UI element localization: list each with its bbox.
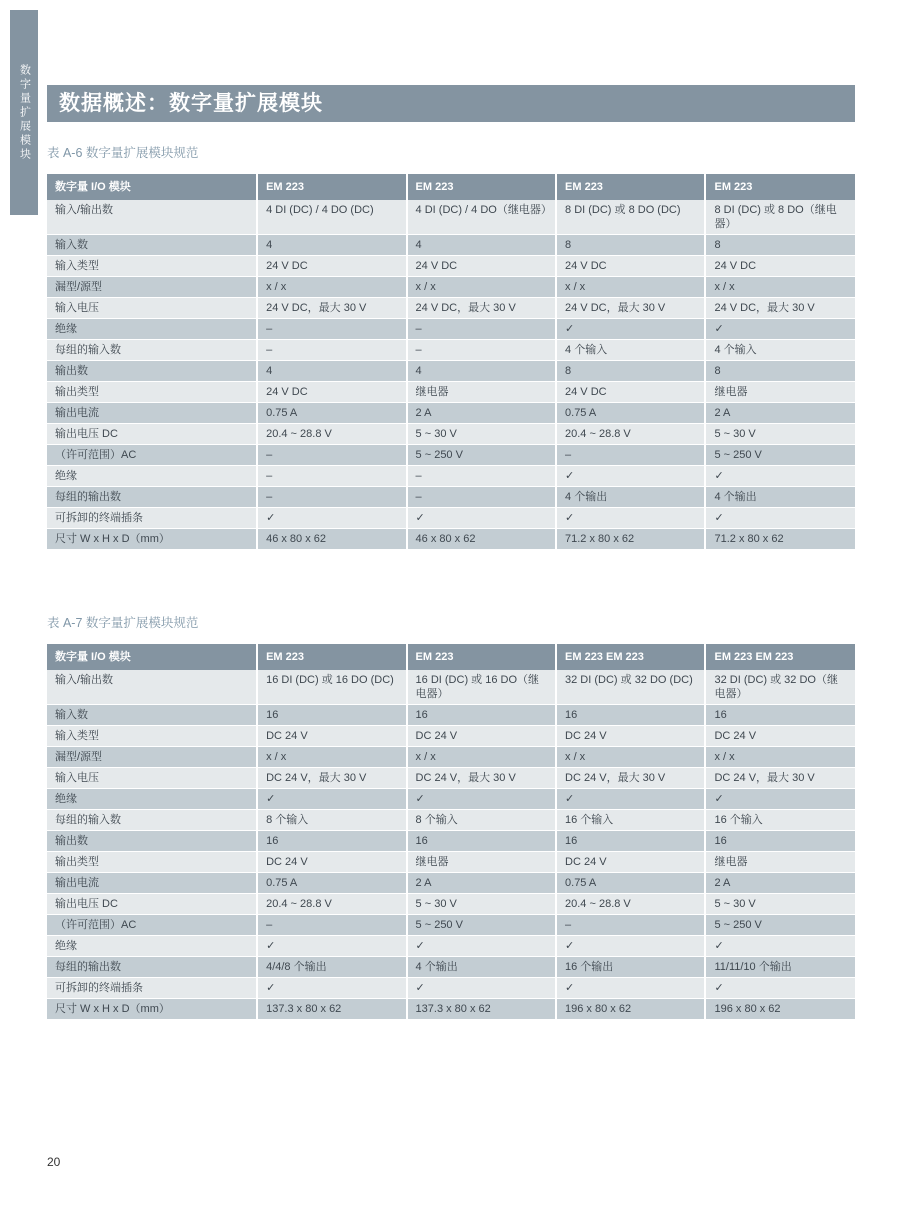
- spec-cell: 4: [257, 235, 406, 256]
- row-label: 输入/输出数: [47, 670, 257, 705]
- table-row: 每组的输入数––4 个输入4 个输入: [47, 340, 855, 361]
- spec-cell: 24 V DC，最大 30 V: [705, 298, 855, 319]
- row-label: 输入数: [47, 235, 257, 256]
- spec-cell: DC 24 V，最大 30 V: [257, 768, 406, 789]
- spec-cell: 16: [556, 831, 705, 852]
- table-row: （许可范围）AC–5 ~ 250 V–5 ~ 250 V: [47, 445, 855, 466]
- spec-cell: DC 24 V: [257, 726, 406, 747]
- table-row: 输入/输出数16 DI (DC) 或 16 DO (DC)16 DI (DC) …: [47, 670, 855, 705]
- spec-cell: ✓: [705, 978, 855, 999]
- row-label: 输出电流: [47, 403, 257, 424]
- row-label-column-header: 数字量 I/O 模块: [47, 644, 257, 670]
- row-label: 绝缘: [47, 466, 257, 487]
- spec-cell: 0.75 A: [257, 403, 406, 424]
- row-label: 绝缘: [47, 936, 257, 957]
- spec-cell: 16: [257, 831, 406, 852]
- row-label: 可拆卸的终端插条: [47, 508, 257, 529]
- module-column-header: EM 223: [556, 174, 705, 200]
- spec-cell: 16 个输入: [705, 810, 855, 831]
- spec-cell: DC 24 V: [407, 726, 556, 747]
- spec-cell: 16: [705, 831, 855, 852]
- spec-cell: DC 24 V，最大 30 V: [407, 768, 556, 789]
- module-column-header: EM 223: [407, 174, 556, 200]
- page-title: 数据概述：数字量扩展模块: [47, 85, 855, 122]
- row-label: 每组的输入数: [47, 810, 257, 831]
- spec-cell: 0.75 A: [556, 403, 705, 424]
- spec-cell: 4: [407, 235, 556, 256]
- spec-cell: x / x: [705, 277, 855, 298]
- table-row: 可拆卸的终端插条✓✓✓✓: [47, 508, 855, 529]
- table-row: 绝缘✓✓✓✓: [47, 789, 855, 810]
- spec-cell: DC 24 V，最大 30 V: [556, 768, 705, 789]
- spec-cell: 16: [705, 705, 855, 726]
- chapter-side-tab-label: 数字量扩展模块: [19, 64, 30, 162]
- spec-cell: 继电器: [705, 382, 855, 403]
- spec-cell: ✓: [257, 508, 406, 529]
- spec-cell: 继电器: [705, 852, 855, 873]
- spec-cell: DC 24 V: [705, 726, 855, 747]
- spec-cell: 4 DI (DC) / 4 DO (DC): [257, 200, 406, 235]
- spec-cell: –: [407, 487, 556, 508]
- spec-cell: 16: [556, 705, 705, 726]
- spec-cell: ✓: [407, 508, 556, 529]
- spec-cell: 4: [257, 361, 406, 382]
- spec-cell: 24 V DC，最大 30 V: [257, 298, 406, 319]
- spec-cell: ✓: [705, 319, 855, 340]
- spec-cell: 5 ~ 30 V: [407, 894, 556, 915]
- spec-cell: 4 个输入: [556, 340, 705, 361]
- spec-cell: 16 个输入: [556, 810, 705, 831]
- spec-cell: 20.4 ~ 28.8 V: [257, 894, 406, 915]
- spec-cell: x / x: [556, 277, 705, 298]
- row-label: 绝缘: [47, 789, 257, 810]
- row-label: 输入类型: [47, 726, 257, 747]
- spec-cell: 137.3 x 80 x 62: [407, 999, 556, 1020]
- spec-cell: 8: [556, 235, 705, 256]
- table-row: 可拆卸的终端插条✓✓✓✓: [47, 978, 855, 999]
- spec-cell: –: [407, 340, 556, 361]
- table-row: 输入数16161616: [47, 705, 855, 726]
- spec-cell: 71.2 x 80 x 62: [556, 529, 705, 550]
- spec-cell: 4 个输出: [705, 487, 855, 508]
- spec-cell: –: [257, 340, 406, 361]
- row-label: 尺寸 W x H x D（mm）: [47, 999, 257, 1020]
- spec-cell: ✓: [407, 789, 556, 810]
- table-a6: 数字量 I/O 模块EM 223EM 223EM 223EM 223输入/输出数…: [47, 174, 855, 550]
- row-label: 输出类型: [47, 852, 257, 873]
- row-label: 漏型/源型: [47, 747, 257, 768]
- spec-cell: 24 V DC: [257, 382, 406, 403]
- spec-cell: 16 个输出: [556, 957, 705, 978]
- spec-cell: 4 个输入: [705, 340, 855, 361]
- spec-cell: 20.4 ~ 28.8 V: [556, 424, 705, 445]
- module-column-header: EM 223 EM 223: [705, 644, 855, 670]
- row-label: 每组的输出数: [47, 487, 257, 508]
- spec-cell: 2 A: [407, 873, 556, 894]
- spec-cell: ✓: [705, 936, 855, 957]
- spec-cell: 继电器: [407, 382, 556, 403]
- spec-cell: 20.4 ~ 28.8 V: [257, 424, 406, 445]
- spec-cell: 16: [257, 705, 406, 726]
- spec-cell: 5 ~ 250 V: [705, 445, 855, 466]
- spec-cell: x / x: [257, 747, 406, 768]
- spec-cell: 16 DI (DC) 或 16 DO（继电器）: [407, 670, 556, 705]
- spec-cell: ✓: [556, 789, 705, 810]
- module-column-header: EM 223: [407, 644, 556, 670]
- table-row: 输出电压 DC20.4 ~ 28.8 V5 ~ 30 V20.4 ~ 28.8 …: [47, 894, 855, 915]
- spec-cell: 24 V DC: [407, 256, 556, 277]
- table-row: 漏型/源型x / xx / xx / xx / x: [47, 747, 855, 768]
- table-row: 输出数16161616: [47, 831, 855, 852]
- spec-cell: x / x: [407, 747, 556, 768]
- spec-cell: 8: [705, 235, 855, 256]
- spec-cell: ✓: [556, 466, 705, 487]
- spec-cell: ✓: [407, 936, 556, 957]
- spec-cell: x / x: [705, 747, 855, 768]
- spec-cell: 8: [705, 361, 855, 382]
- spec-cell: ✓: [705, 508, 855, 529]
- spec-cell: 5 ~ 30 V: [705, 424, 855, 445]
- spec-cell: 20.4 ~ 28.8 V: [556, 894, 705, 915]
- module-column-header: EM 223 EM 223: [556, 644, 705, 670]
- spec-cell: ✓: [407, 978, 556, 999]
- spec-cell: ✓: [705, 466, 855, 487]
- module-column-header: EM 223: [257, 644, 406, 670]
- spec-cell: DC 24 V: [556, 852, 705, 873]
- spec-cell: ✓: [257, 978, 406, 999]
- spec-cell: ✓: [556, 936, 705, 957]
- spec-cell: –: [257, 445, 406, 466]
- spec-cell: 32 DI (DC) 或 32 DO（继电器）: [705, 670, 855, 705]
- spec-cell: ✓: [556, 978, 705, 999]
- table-row: 输入类型24 V DC24 V DC24 V DC24 V DC: [47, 256, 855, 277]
- spec-cell: 0.75 A: [257, 873, 406, 894]
- table-row: 输入数4488: [47, 235, 855, 256]
- spec-cell: 0.75 A: [556, 873, 705, 894]
- table-row: 输出电流0.75 A2 A0.75 A2 A: [47, 403, 855, 424]
- spec-cell: 2 A: [705, 873, 855, 894]
- spec-cell: 24 V DC: [257, 256, 406, 277]
- spec-cell: –: [257, 466, 406, 487]
- spec-cell: 24 V DC: [556, 256, 705, 277]
- spec-cell: ✓: [556, 319, 705, 340]
- table-a6-caption: 表 A-6 数字量扩展模块规范: [47, 143, 855, 161]
- spec-cell: 5 ~ 250 V: [407, 445, 556, 466]
- row-label: 输出数: [47, 361, 257, 382]
- spec-cell: –: [556, 915, 705, 936]
- table-row: 尺寸 W x H x D（mm）46 x 80 x 6246 x 80 x 62…: [47, 529, 855, 550]
- spec-cell: 24 V DC，最大 30 V: [407, 298, 556, 319]
- spec-cell: 2 A: [407, 403, 556, 424]
- table-row: 绝缘––✓✓: [47, 466, 855, 487]
- spec-cell: 2 A: [705, 403, 855, 424]
- spec-cell: 4 个输出: [407, 957, 556, 978]
- row-label: 输入电压: [47, 768, 257, 789]
- row-label: 输入电压: [47, 298, 257, 319]
- row-label-column-header: 数字量 I/O 模块: [47, 174, 257, 200]
- spec-cell: 71.2 x 80 x 62: [705, 529, 855, 550]
- table-row: 输出电流0.75 A2 A0.75 A2 A: [47, 873, 855, 894]
- spec-cell: 8 个输入: [407, 810, 556, 831]
- spec-cell: 4 个输出: [556, 487, 705, 508]
- spec-cell: x / x: [407, 277, 556, 298]
- spec-cell: DC 24 V: [556, 726, 705, 747]
- spec-cell: –: [407, 466, 556, 487]
- spec-cell: –: [257, 915, 406, 936]
- spec-cell: 24 V DC: [556, 382, 705, 403]
- row-label: 每组的输入数: [47, 340, 257, 361]
- table-row: （许可范围）AC–5 ~ 250 V–5 ~ 250 V: [47, 915, 855, 936]
- spec-cell: 196 x 80 x 62: [556, 999, 705, 1020]
- table-row: 输入/输出数4 DI (DC) / 4 DO (DC)4 DI (DC) / 4…: [47, 200, 855, 235]
- spec-cell: 137.3 x 80 x 62: [257, 999, 406, 1020]
- row-label: 尺寸 W x H x D（mm）: [47, 529, 257, 550]
- table-row: 漏型/源型x / xx / xx / xx / x: [47, 277, 855, 298]
- table-row: 输入电压DC 24 V，最大 30 VDC 24 V，最大 30 VDC 24 …: [47, 768, 855, 789]
- spec-cell: 16: [407, 831, 556, 852]
- table-row: 尺寸 W x H x D（mm）137.3 x 80 x 62137.3 x 8…: [47, 999, 855, 1020]
- row-label: 输出电压 DC: [47, 894, 257, 915]
- table-row: 输出电压 DC20.4 ~ 28.8 V5 ~ 30 V20.4 ~ 28.8 …: [47, 424, 855, 445]
- row-label: 绝缘: [47, 319, 257, 340]
- header-row: 数字量 I/O 模块EM 223EM 223EM 223EM 223: [47, 174, 855, 200]
- spec-cell: 16 DI (DC) 或 16 DO (DC): [257, 670, 406, 705]
- table-row: 输出数4488: [47, 361, 855, 382]
- table-a7: 数字量 I/O 模块EM 223EM 223EM 223 EM 223EM 22…: [47, 644, 855, 1020]
- table-row: 每组的输入数8 个输入8 个输入16 个输入16 个输入: [47, 810, 855, 831]
- spec-cell: 46 x 80 x 62: [257, 529, 406, 550]
- spec-cell: 5 ~ 30 V: [705, 894, 855, 915]
- table-row: 输入电压24 V DC，最大 30 V24 V DC，最大 30 V24 V D…: [47, 298, 855, 319]
- spec-cell: 16: [407, 705, 556, 726]
- page-number: 20: [47, 1155, 60, 1169]
- spec-cell: –: [257, 319, 406, 340]
- table-row: 输入类型DC 24 VDC 24 VDC 24 VDC 24 V: [47, 726, 855, 747]
- spec-cell: 4: [407, 361, 556, 382]
- spec-cell: 8: [556, 361, 705, 382]
- spec-cell: ✓: [705, 789, 855, 810]
- row-label: 输出电压 DC: [47, 424, 257, 445]
- row-label: （许可范围）AC: [47, 915, 257, 936]
- spec-cell: –: [257, 487, 406, 508]
- row-label: 输出数: [47, 831, 257, 852]
- spec-cell: ✓: [257, 789, 406, 810]
- spec-cell: –: [556, 445, 705, 466]
- document-page: 数字量扩展模块 数据概述：数字量扩展模块 表 A-6 数字量扩展模块规范 数字量…: [0, 0, 900, 1206]
- spec-cell: 4/4/8 个输出: [257, 957, 406, 978]
- row-label: 每组的输出数: [47, 957, 257, 978]
- spec-cell: 8 个输入: [257, 810, 406, 831]
- spec-cell: DC 24 V: [257, 852, 406, 873]
- chapter-side-tab: 数字量扩展模块: [10, 10, 38, 215]
- module-column-header: EM 223: [257, 174, 406, 200]
- spec-cell: 24 V DC，最大 30 V: [556, 298, 705, 319]
- spec-cell: –: [407, 319, 556, 340]
- spec-cell: 5 ~ 250 V: [407, 915, 556, 936]
- table-row: 输出类型DC 24 V继电器DC 24 V继电器: [47, 852, 855, 873]
- spec-cell: DC 24 V，最大 30 V: [705, 768, 855, 789]
- row-label: （许可范围）AC: [47, 445, 257, 466]
- spec-cell: 8 DI (DC) 或 8 DO（继电器）: [705, 200, 855, 235]
- table-row: 绝缘✓✓✓✓: [47, 936, 855, 957]
- spec-cell: x / x: [556, 747, 705, 768]
- spec-cell: 4 DI (DC) / 4 DO（继电器）: [407, 200, 556, 235]
- table-a7-caption: 表 A-7 数字量扩展模块规范: [47, 613, 855, 631]
- module-column-header: EM 223: [705, 174, 855, 200]
- row-label: 输入数: [47, 705, 257, 726]
- header-row: 数字量 I/O 模块EM 223EM 223EM 223 EM 223EM 22…: [47, 644, 855, 670]
- row-label: 输入/输出数: [47, 200, 257, 235]
- row-label: 漏型/源型: [47, 277, 257, 298]
- spec-cell: 5 ~ 30 V: [407, 424, 556, 445]
- row-label: 输出类型: [47, 382, 257, 403]
- spec-cell: x / x: [257, 277, 406, 298]
- spec-cell: 5 ~ 250 V: [705, 915, 855, 936]
- spec-cell: 46 x 80 x 62: [407, 529, 556, 550]
- table-row: 输出类型24 V DC继电器24 V DC继电器: [47, 382, 855, 403]
- row-label: 输出电流: [47, 873, 257, 894]
- spec-cell: 24 V DC: [705, 256, 855, 277]
- table-row: 每组的输出数––4 个输出4 个输出: [47, 487, 855, 508]
- page-content: 数据概述：数字量扩展模块 表 A-6 数字量扩展模块规范 数字量 I/O 模块E…: [0, 0, 900, 1020]
- spec-cell: ✓: [257, 936, 406, 957]
- spec-cell: 32 DI (DC) 或 32 DO (DC): [556, 670, 705, 705]
- table-row: 绝缘––✓✓: [47, 319, 855, 340]
- spec-cell: ✓: [556, 508, 705, 529]
- spec-cell: 8 DI (DC) 或 8 DO (DC): [556, 200, 705, 235]
- table-row: 每组的输出数4/4/8 个输出4 个输出16 个输出11/11/10 个输出: [47, 957, 855, 978]
- spec-cell: 196 x 80 x 62: [705, 999, 855, 1020]
- row-label: 输入类型: [47, 256, 257, 277]
- row-label: 可拆卸的终端插条: [47, 978, 257, 999]
- spec-cell: 继电器: [407, 852, 556, 873]
- spec-cell: 11/11/10 个输出: [705, 957, 855, 978]
